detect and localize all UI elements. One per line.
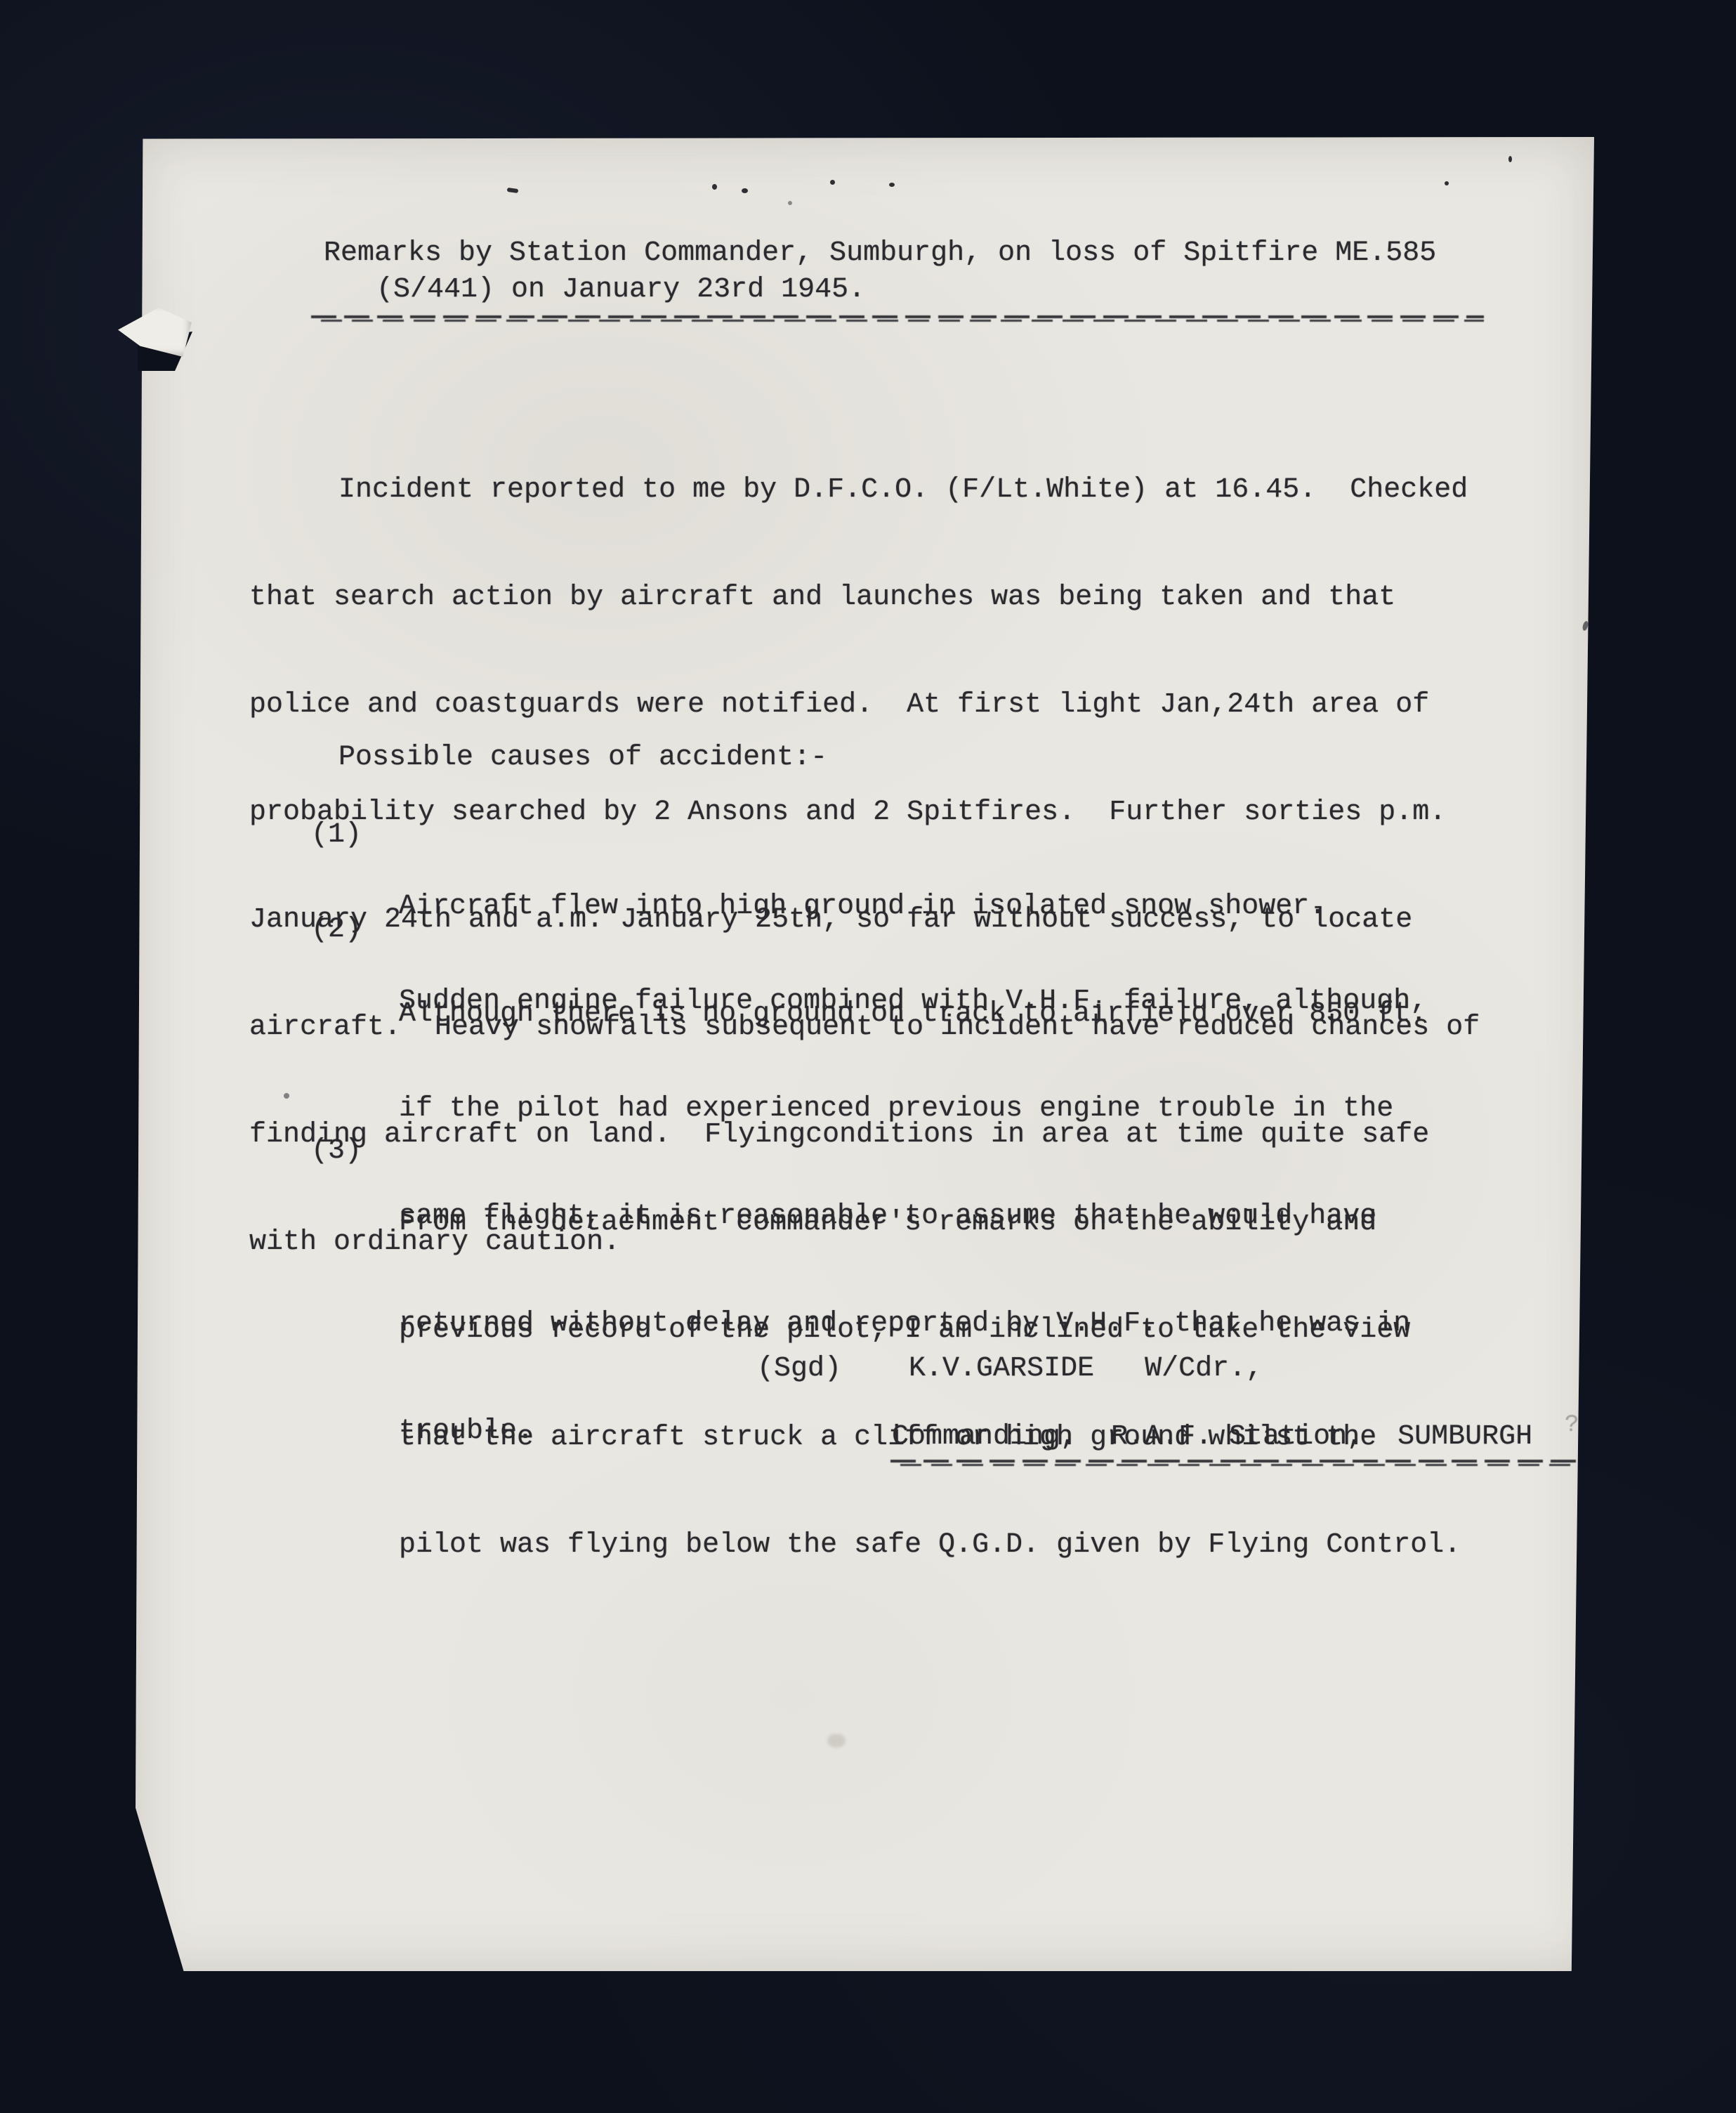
signature-title-line: Commanding, R.A.F. Station, SUMBURGH [892,1419,1532,1455]
causes-heading: Possible causes of accident:- [338,740,827,776]
scan-background: Remarks by Station Commander, Sumburgh, … [0,0,1736,2113]
ink-speck [712,184,717,190]
cause-line: Sudden engine failure combined with V.H.… [399,983,1427,1019]
ink-speck [788,201,792,205]
document-title-line2: (S/441) on January 23rd 1945. [376,272,865,308]
ink-speck [889,183,895,187]
cause-2-number: (2) [311,912,362,948]
cause-line: pilot was flying below the safe Q.G.D. g… [399,1527,1461,1563]
faint-mark: ? [1565,1408,1579,1444]
ink-speck [1445,181,1449,185]
paragraph-line: police and coastguards were notified. At… [249,687,1480,723]
heading-underline [311,315,1484,323]
ink-speck [742,188,748,193]
cause-line: if the pilot had experienced previous en… [399,1091,1427,1127]
signature-underline [890,1460,1577,1467]
signature-line: (Sgd) K.V.GARSIDE W/Cdr., [757,1351,1263,1387]
paragraph-line: Incident reported to me by D.F.C.O. (F/L… [249,472,1480,508]
smudge [827,1734,846,1748]
cause-line: From the detachment commander's remarks … [399,1205,1461,1241]
cause-line: previous record of the pilot,-I am incli… [399,1312,1461,1348]
document-title-line1: Remarks by Station Commander, Sumburgh, … [324,235,1436,271]
ink-speck [830,180,835,185]
paragraph-line: that search action by aircraft and launc… [249,580,1480,615]
cause-1-number: (1) [311,817,362,853]
ink-speck [1508,156,1512,162]
cause-3-number: (3) [311,1133,362,1169]
